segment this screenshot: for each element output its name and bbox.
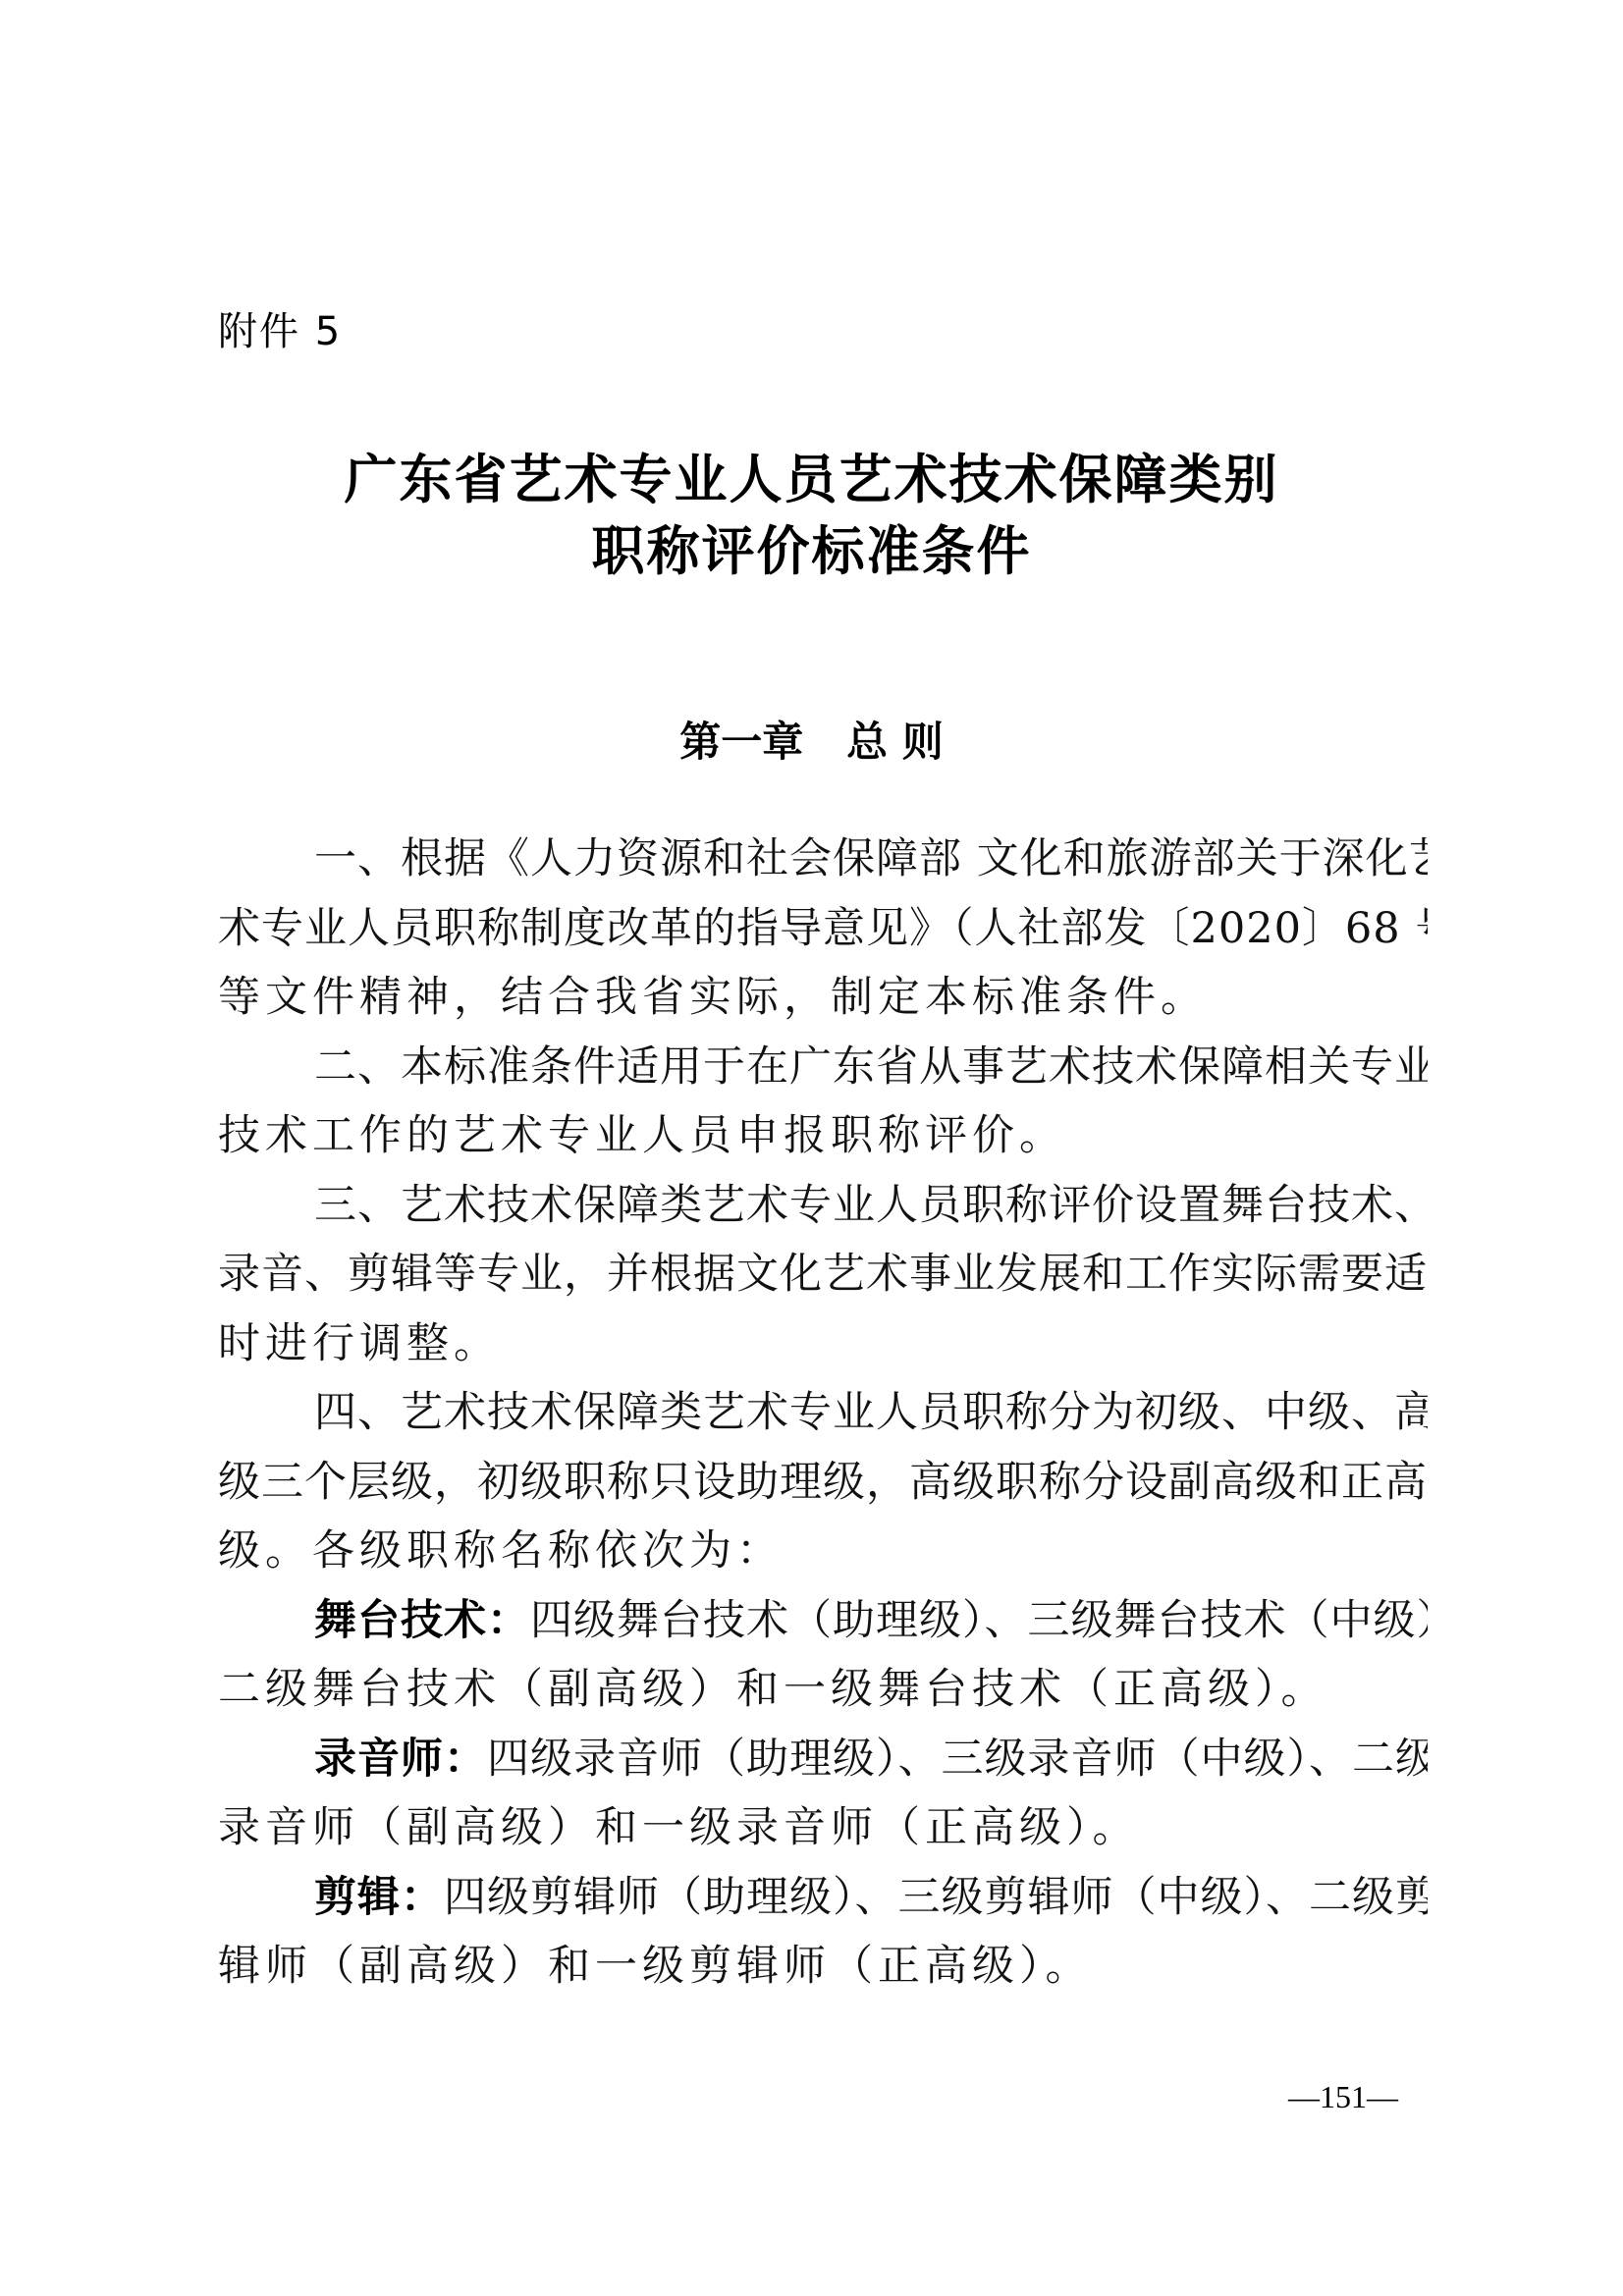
paragraph-line: 录音、剪辑等专业，并根据文化艺术事业发展和工作实际需要适 <box>218 1240 1428 1309</box>
document-page: 附件 5 广东省艺术专业人员艺术技术保障类别 职称评价标准条件 第一章 总 则 … <box>0 0 1623 2296</box>
paragraph-line: 技术工作的艺术专业人员申报职称评价。 <box>218 1101 1428 1171</box>
paragraph-line: 四、艺术技术保障类艺术专业人员职称分为初级、中级、高 <box>218 1378 1428 1448</box>
paragraph-line: 二级舞台技术（副高级）和一级舞台技术（正高级）。 <box>218 1655 1428 1725</box>
paragraph-line: 舞台技术：四级舞台技术（助理级）、三级舞台技术（中级）、 <box>218 1586 1428 1656</box>
paragraph-line: 术专业人员职称制度改革的指导意见》（人社部发〔2020〕68 号） <box>218 894 1428 964</box>
paragraph-1: 一、根据《人力资源和社会保障部 文化和旅游部关于深化艺 术专业人员职称制度改革的… <box>218 825 1428 1033</box>
paragraph-line: 一、根据《人力资源和社会保障部 文化和旅游部关于深化艺 <box>218 825 1428 894</box>
attachment-label: 附件 5 <box>218 306 342 357</box>
series-term: 剪辑： <box>314 1873 444 1922</box>
paragraph-line: 三、艺术技术保障类艺术专业人员职称评价设置舞台技术、 <box>218 1171 1428 1241</box>
paragraph-line: 级三个层级，初级职称只设助理级，高级职称分设副高级和正高 <box>218 1448 1428 1518</box>
title-series-recording-engineer: 录音师：四级录音师（助理级）、三级录音师（中级）、二级 录音师（副高级）和一级录… <box>218 1725 1428 1863</box>
document-title-line-2: 职称评价标准条件 <box>0 515 1623 587</box>
paragraph-line: 录音师：四级录音师（助理级）、三级录音师（中级）、二级 <box>218 1725 1428 1794</box>
paragraph-4: 四、艺术技术保障类艺术专业人员职称分为初级、中级、高 级三个层级，初级职称只设助… <box>218 1378 1428 1586</box>
document-title: 广东省艺术专业人员艺术技术保障类别 职称评价标准条件 <box>0 444 1623 587</box>
paragraph-line: 级。各级职称名称依次为： <box>218 1517 1428 1586</box>
paragraph-line: 等文件精神，结合我省实际，制定本标准条件。 <box>218 963 1428 1033</box>
paragraph-line: 时进行调整。 <box>218 1309 1428 1379</box>
series-levels: 四级舞台技术（助理级）、三级舞台技术（中级）、 <box>530 1596 1428 1645</box>
series-term: 录音师： <box>314 1735 487 1784</box>
series-term: 舞台技术： <box>314 1596 530 1645</box>
paragraph-3: 三、艺术技术保障类艺术专业人员职称评价设置舞台技术、 录音、剪辑等专业，并根据文… <box>218 1171 1428 1379</box>
body-text: 一、根据《人力资源和社会保障部 文化和旅游部关于深化艺 术专业人员职称制度改革的… <box>218 825 1428 2002</box>
paragraph-2: 二、本标准条件适用于在广东省从事艺术技术保障相关专业 技术工作的艺术专业人员申报… <box>218 1033 1428 1171</box>
paragraph-line: 剪辑：四级剪辑师（助理级）、三级剪辑师（中级）、二级剪 <box>218 1863 1428 1933</box>
page-number: —151— <box>1288 2077 1398 2116</box>
paragraph-line: 录音师（副高级）和一级录音师（正高级）。 <box>218 1793 1428 1863</box>
series-levels: 四级录音师（助理级）、三级录音师（中级）、二级 <box>487 1735 1428 1784</box>
title-series-stage-technology: 舞台技术：四级舞台技术（助理级）、三级舞台技术（中级）、 二级舞台技术（副高级）… <box>218 1586 1428 1725</box>
paragraph-line: 二、本标准条件适用于在广东省从事艺术技术保障相关专业 <box>218 1033 1428 1102</box>
series-levels: 四级剪辑师（助理级）、三级剪辑师（中级）、二级剪 <box>444 1873 1428 1922</box>
paragraph-line: 辑师（副高级）和一级剪辑师（正高级）。 <box>218 1932 1428 2002</box>
title-series-editing: 剪辑：四级剪辑师（助理级）、三级剪辑师（中级）、二级剪 辑师（副高级）和一级剪辑… <box>218 1863 1428 2002</box>
document-title-line-1: 广东省艺术专业人员艺术技术保障类别 <box>0 444 1623 515</box>
chapter-heading: 第一章 总 则 <box>0 713 1623 772</box>
